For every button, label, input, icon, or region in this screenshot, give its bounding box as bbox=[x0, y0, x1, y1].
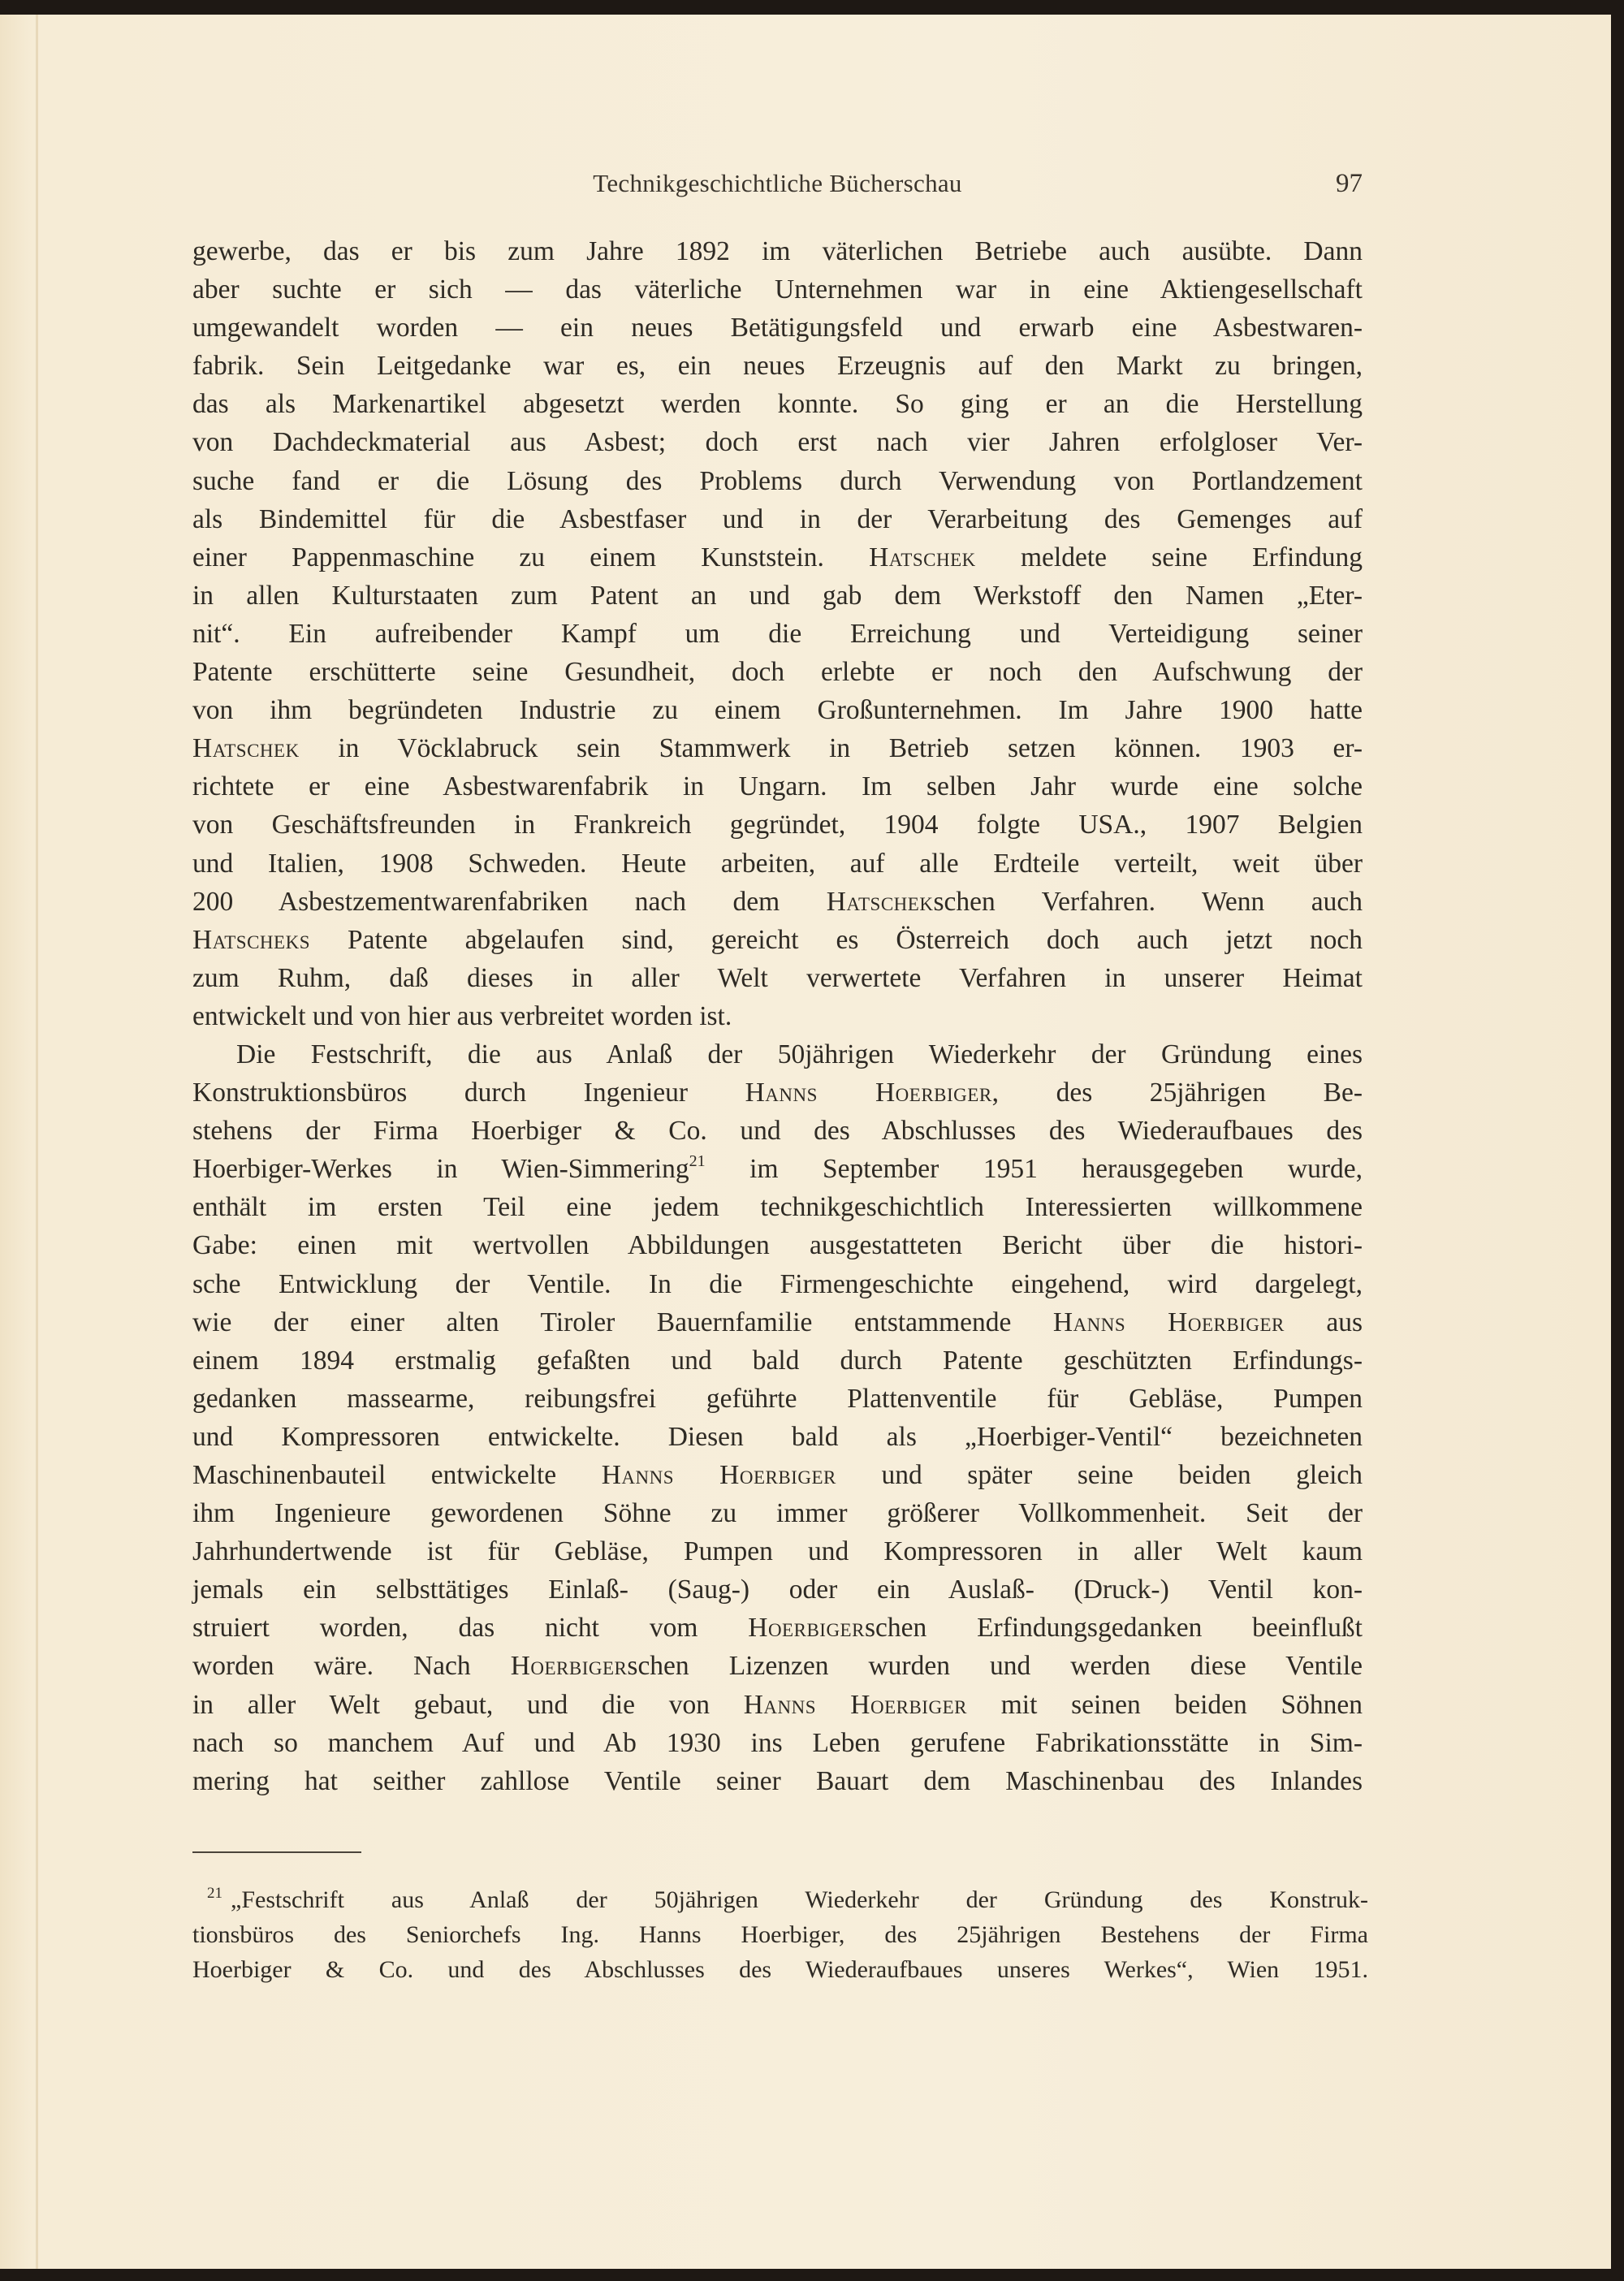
text-segment: schen Erfindungsgedanken beeinflußt bbox=[865, 1613, 1363, 1643]
text-line: nach so manchem Auf und Ab 1930 ins Lebe… bbox=[192, 1724, 1363, 1762]
footnotes: 21„Festschrift aus Anlaß der 50jährigen … bbox=[192, 1882, 1368, 1987]
text-line: wie der einer alten Tiroler Bauernfamili… bbox=[192, 1303, 1363, 1341]
text-line: worden wäre. Nach Hoerbigerschen Lizenze… bbox=[192, 1647, 1363, 1685]
text-line: richtete er eine Asbestwarenfabrik in Un… bbox=[192, 767, 1363, 806]
person-name: Hatschek bbox=[827, 887, 934, 917]
text-line: gedanken massearme, reibungsfrei geführt… bbox=[192, 1380, 1363, 1418]
text-segment: Hoerbiger-Werkes in Wien-Simmering bbox=[192, 1154, 689, 1184]
text-line: einem 1894 erstmalig gefaßten und bald d… bbox=[192, 1341, 1363, 1380]
text-line: von Geschäftsfreunden in Frankreich gegr… bbox=[192, 806, 1363, 844]
text-segment: und später seine beiden gleich bbox=[881, 1460, 1363, 1490]
text-line: zum Ruhm, daß dieses in aller Welt verwe… bbox=[192, 959, 1363, 997]
text-line: umgewandelt worden — ein neues Betätigun… bbox=[192, 309, 1363, 347]
text-line: Die Festschrift, die aus Anlaß der 50jäh… bbox=[192, 1035, 1363, 1074]
person-name: Hatscheks bbox=[192, 925, 310, 955]
text-segment: struiert worden, das nicht vom bbox=[192, 1613, 698, 1643]
person-name: Hoerbiger bbox=[748, 1613, 865, 1643]
text-segment: Konstruktionsbüros durch Ingenieur bbox=[192, 1078, 688, 1108]
text-line: 200 Asbestzementwarenfabriken nach dem H… bbox=[192, 883, 1363, 921]
text-line: Konstruktionsbüros durch Ingenieur Hanns… bbox=[192, 1074, 1363, 1112]
text-line: Hoerbiger-Werkes in Wien-Simmering21 im … bbox=[192, 1150, 1363, 1188]
text-line: sche Entwicklung der Ventile. In die Fir… bbox=[192, 1265, 1363, 1303]
text-line: nit“. Ein aufreibender Kampf um die Erre… bbox=[192, 615, 1363, 653]
text-segment: worden wäre. Nach bbox=[192, 1651, 471, 1681]
person-name: Hanns Hoerbiger bbox=[602, 1460, 836, 1490]
running-header: Technikgeschichtliche Bücherschau 97 bbox=[192, 169, 1363, 201]
text-segment: mit seinen beiden Söhnen bbox=[1001, 1690, 1363, 1720]
text-segment: aus bbox=[1326, 1307, 1363, 1337]
text-segment: meldete seine Erfindung bbox=[1021, 542, 1363, 572]
page-number: 97 bbox=[1336, 169, 1363, 199]
text-line: mering hat seither zahllose Ventile sein… bbox=[192, 1762, 1363, 1800]
person-name: Hatschek bbox=[869, 542, 976, 572]
running-title: Technikgeschichtliche Bücherschau bbox=[192, 169, 1363, 198]
footnote-divider bbox=[192, 1851, 361, 1853]
text-segment: wie der einer alten Tiroler Bauernfamili… bbox=[192, 1307, 1011, 1337]
text-line: stehens der Firma Hoerbiger & Co. und de… bbox=[192, 1112, 1363, 1150]
text-line: 21„Festschrift aus Anlaß der 50jährigen … bbox=[192, 1882, 1368, 1917]
text-line: von Dachdeckmaterial aus Asbest; doch er… bbox=[192, 423, 1363, 461]
person-name: Hoerbiger bbox=[511, 1651, 628, 1681]
text-line: einer Pappenmaschine zu einem Kunststein… bbox=[192, 538, 1363, 577]
text-line: das als Markenartikel abgesetzt werden k… bbox=[192, 385, 1363, 423]
text-line: Maschinenbauteil entwickelte Hanns Hoerb… bbox=[192, 1456, 1363, 1494]
person-name: Hanns Hoerbiger bbox=[1053, 1307, 1285, 1337]
text-line: Hatschek in Vöcklabruck sein Stammwerk i… bbox=[192, 729, 1363, 767]
text-line: fabrik. Sein Leitgedanke war es, ein neu… bbox=[192, 347, 1363, 385]
text-line: Hoerbiger & Co. und des Abschlusses des … bbox=[192, 1952, 1368, 1987]
text-line: gewerbe, das er bis zum Jahre 1892 im vä… bbox=[192, 232, 1363, 270]
footnote-21: 21„Festschrift aus Anlaß der 50jährigen … bbox=[192, 1882, 1368, 1987]
text-segment: „Festschrift aus Anlaß der 50jährigen Wi… bbox=[231, 1886, 1368, 1913]
text-line: struiert worden, das nicht vom Hoerbiger… bbox=[192, 1609, 1363, 1647]
footnote-number: 21 bbox=[207, 1885, 222, 1902]
page-gutter-fold bbox=[36, 15, 38, 2269]
text-line: als Bindemittel für die Asbestfaser und … bbox=[192, 500, 1363, 538]
text-segment: einer Pappenmaschine zu einem Kunststein… bbox=[192, 542, 824, 572]
text-segment: in aller Welt gebaut, und die von bbox=[192, 1690, 710, 1720]
text-segment: 200 Asbestzementwarenfabriken nach dem bbox=[192, 887, 780, 917]
text-line: in aller Welt gebaut, und die von Hanns … bbox=[192, 1686, 1363, 1724]
text-segment: , des 25jährigen Be- bbox=[992, 1078, 1363, 1108]
text-line: Patente erschütterte seine Gesundheit, d… bbox=[192, 653, 1363, 691]
text-line: aber suchte er sich — das väterliche Unt… bbox=[192, 270, 1363, 309]
text-line: Gabe: einen mit wertvollen Abbildungen a… bbox=[192, 1226, 1363, 1264]
text-segment: Maschinenbauteil entwickelte bbox=[192, 1460, 556, 1490]
person-name: Hanns Hoerbiger bbox=[745, 1078, 992, 1108]
body-text: gewerbe, das er bis zum Jahre 1892 im vä… bbox=[192, 232, 1363, 1800]
book-page: Technikgeschichtliche Bücherschau 97 gew… bbox=[0, 15, 1611, 2269]
text-segment: im September 1951 herausgegeben wurde, bbox=[706, 1154, 1363, 1184]
person-name: Hatschek bbox=[192, 733, 300, 763]
text-line: in allen Kulturstaaten zum Patent an und… bbox=[192, 577, 1363, 615]
text-line: Jahrhundertwende ist für Gebläse, Pumpen… bbox=[192, 1532, 1363, 1570]
text-segment: Patente abgelaufen sind, gereicht es Öst… bbox=[348, 925, 1363, 955]
text-segment: schen Lizenzen wurden und werden diese V… bbox=[627, 1651, 1363, 1681]
text-line: enthält im ersten Teil eine jedem techni… bbox=[192, 1188, 1363, 1226]
text-segment: schen Verfahren. Wenn auch bbox=[933, 887, 1363, 917]
text-line: und Kompressoren entwickelte. Diesen bal… bbox=[192, 1418, 1363, 1456]
text-line: entwickelt und von hier aus verbreitet w… bbox=[192, 997, 1363, 1035]
text-line: ihm Ingenieure gewordenen Söhne zu immer… bbox=[192, 1494, 1363, 1532]
text-segment: in Vöcklabruck sein Stammwerk in Betrieb… bbox=[338, 733, 1363, 763]
text-line: tionsbüros des Seniorchefs Ing. Hanns Ho… bbox=[192, 1917, 1368, 1952]
text-line: Hatscheks Patente abgelaufen sind, gerei… bbox=[192, 921, 1363, 959]
text-line: suche fand er die Lösung des Problems du… bbox=[192, 462, 1363, 500]
footnote-reference[interactable]: 21 bbox=[689, 1152, 706, 1170]
text-line: und Italien, 1908 Schweden. Heute arbeit… bbox=[192, 845, 1363, 883]
text-line: jemals ein selbsttätiges Einlaß- (Saug-)… bbox=[192, 1570, 1363, 1609]
text-line: von ihm begründeten Industrie zu einem G… bbox=[192, 691, 1363, 729]
person-name: Hanns Hoerbiger bbox=[744, 1690, 967, 1720]
